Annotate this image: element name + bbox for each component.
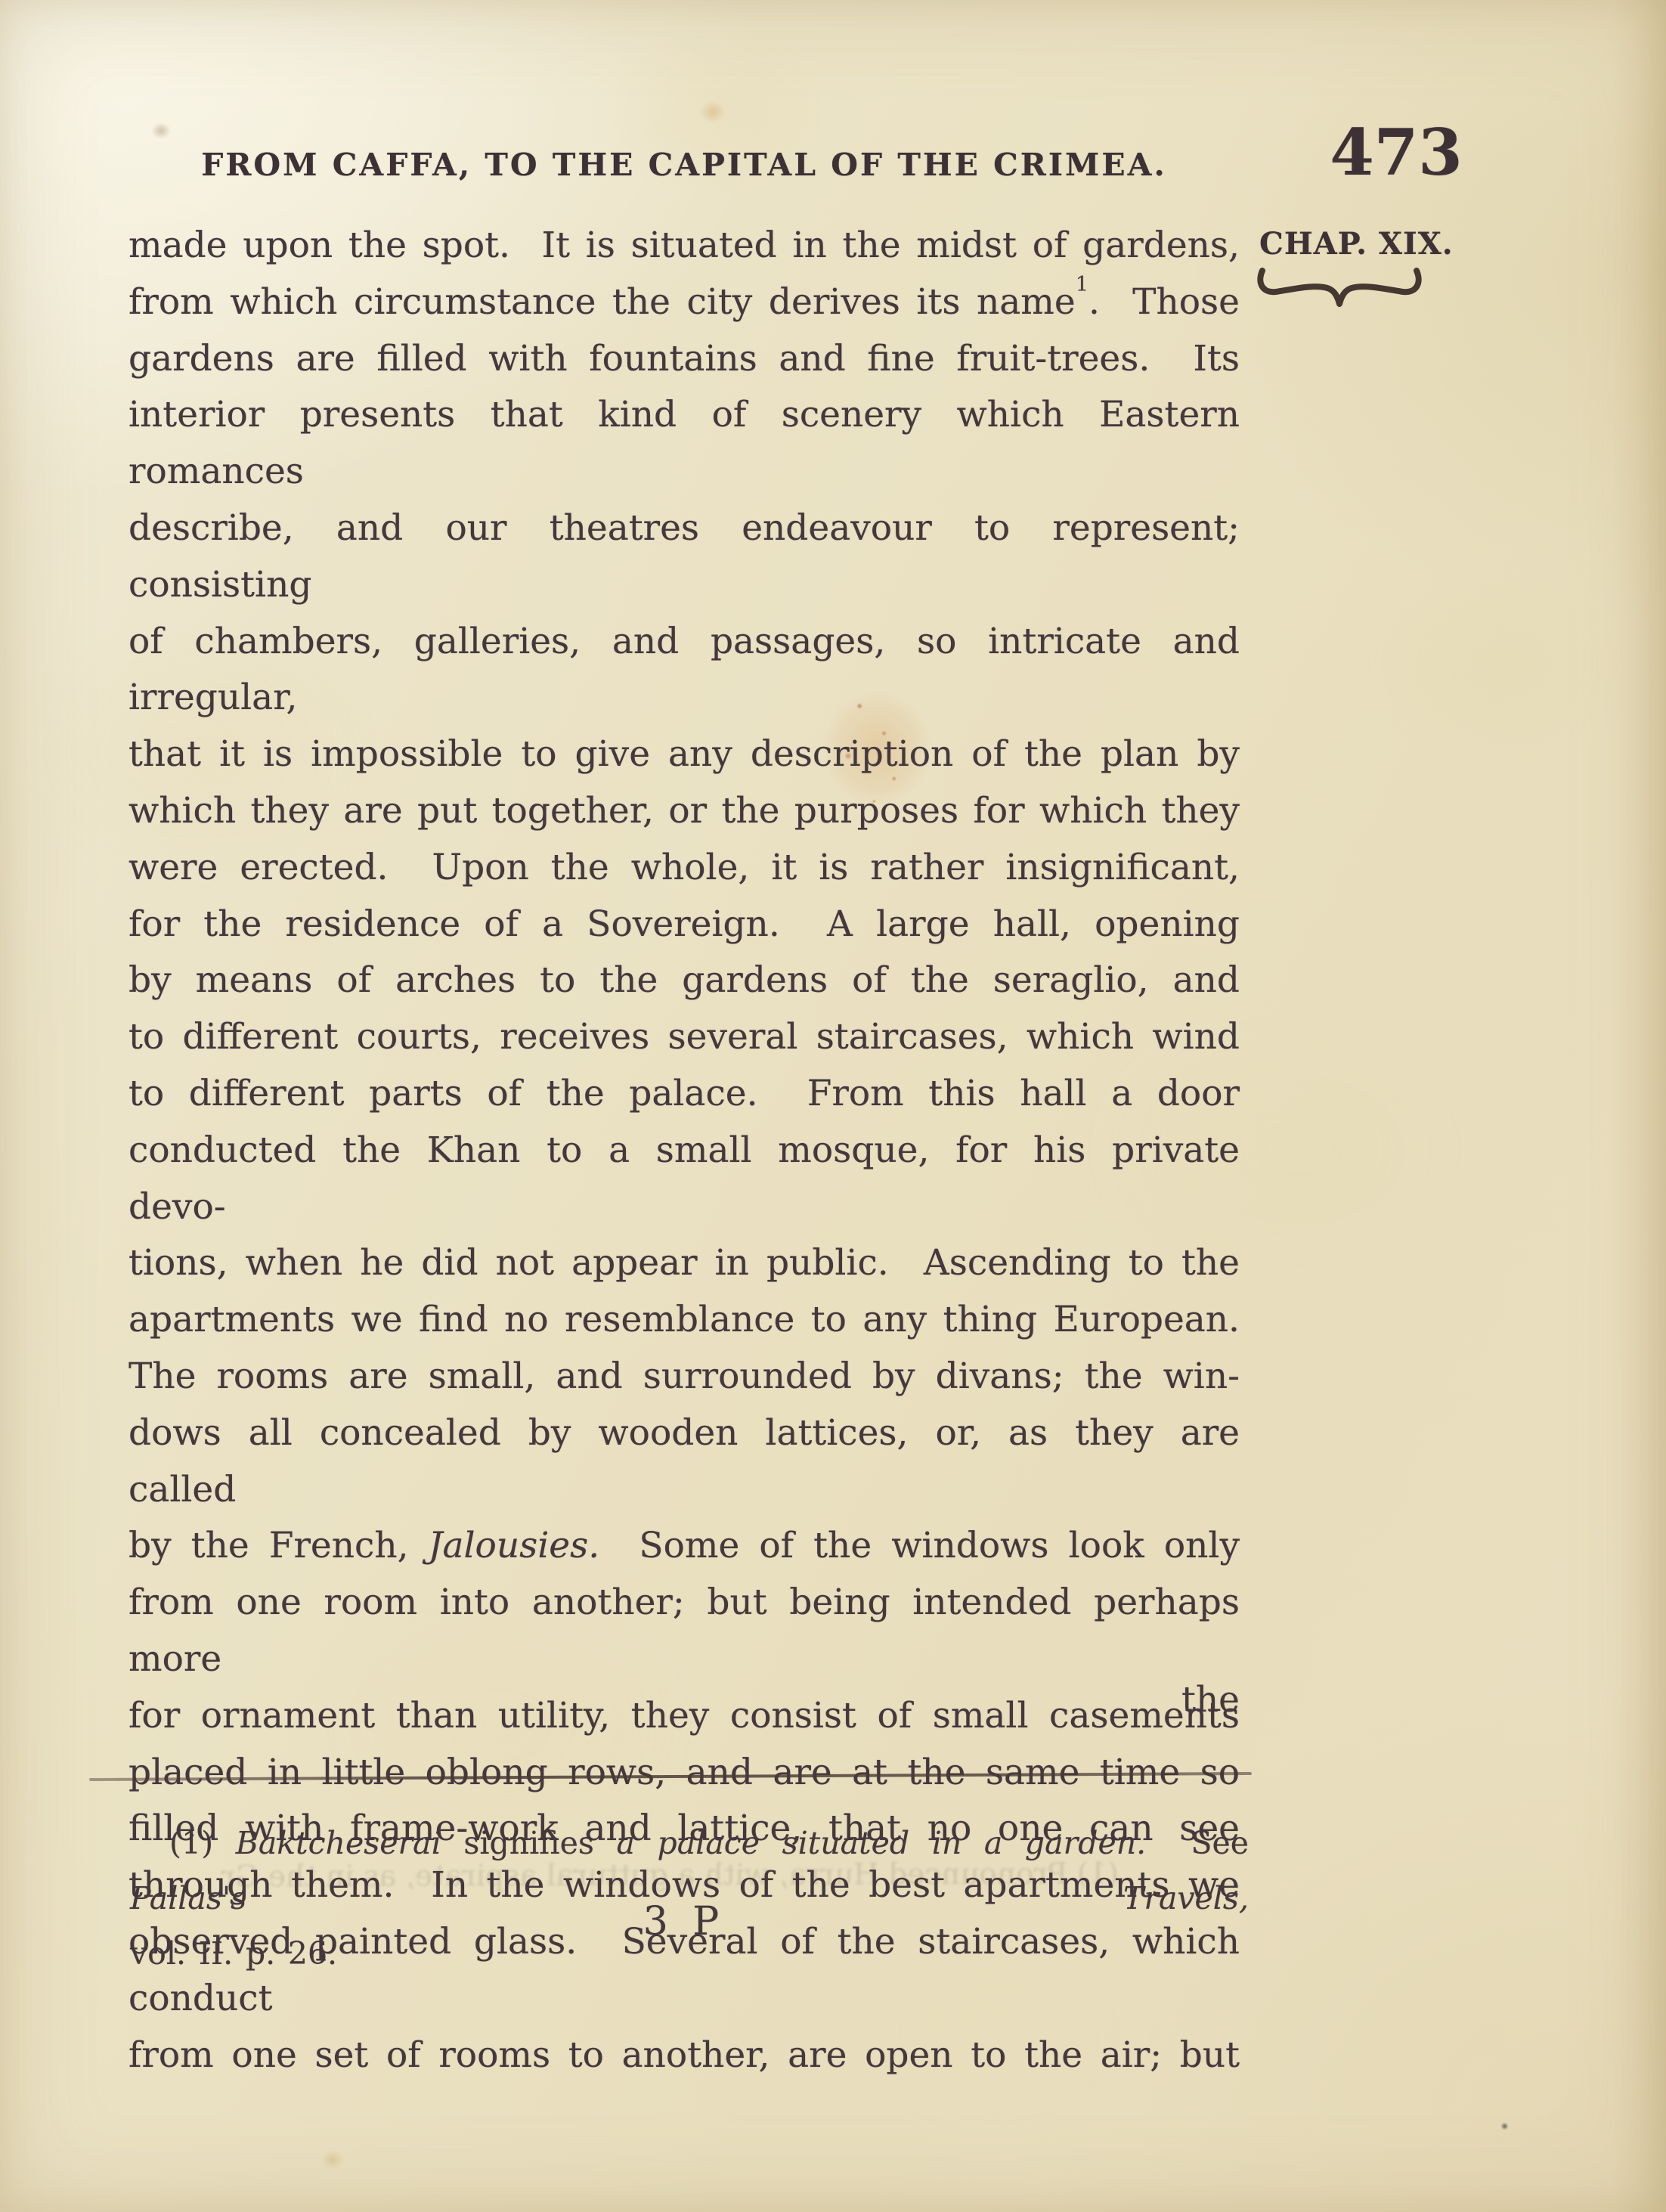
body-line: to different parts of the palace. From t… [129, 1066, 1240, 1123]
body-line: that it is impossible to give any descri… [129, 726, 1240, 783]
body-line: to different courts, receives several st… [129, 1009, 1240, 1066]
catchword: the [129, 1672, 1240, 1729]
body-line: gardens are filled with fountains and fi… [129, 331, 1240, 388]
body-line: from one set of rooms to another, are op… [129, 2028, 1240, 2084]
body-text: made upon the spot. It is situated in th… [129, 218, 1240, 2083]
body-line: from one room into another; but being in… [129, 1575, 1240, 1688]
body-line: which they are put together, or the purp… [129, 783, 1240, 840]
page-number: 473 [1324, 121, 1468, 184]
body-line: by means of arches to the gardens of the… [129, 953, 1240, 1009]
body-line: by the French, Jalousies. Some of the wi… [129, 1518, 1240, 1575]
body-line: for the residence of a Sovereign. A larg… [129, 897, 1240, 953]
body-line: conducted the Khan to a small mosque, fo… [129, 1123, 1240, 1236]
chapter-flourish-icon [1256, 263, 1423, 310]
book-page-scan: (1) Pronounced Hurra, with a guttural as… [0, 0, 1666, 2212]
signature-mark: 3 P [129, 1899, 1240, 1944]
body-line: interior presents that kind of scenery w… [129, 387, 1240, 500]
body-line: The rooms are small, and surrounded by d… [129, 1349, 1240, 1405]
body-line: were erected. Upon the whole, it is rath… [129, 840, 1240, 897]
body-line: apartments we find no resemblance to any… [129, 1292, 1240, 1349]
body-line: describe, and our theatres endeavour to … [129, 500, 1240, 614]
body-line: made upon the spot. It is situated in th… [129, 218, 1240, 274]
running-header: FROM CAFFA, TO THE CAPITAL OF THE CRIMEA… [129, 147, 1240, 183]
body-line: tions, when he did not appear in public.… [129, 1235, 1240, 1292]
body-line: of chambers, galleries, and passages, so… [129, 614, 1240, 727]
chapter-sidenote: CHAP. XIX. [1259, 226, 1433, 262]
body-line: dows all concealed by wooden lattices, o… [129, 1405, 1240, 1519]
body-line: from which circumstance the city derives… [129, 274, 1240, 331]
page-content: FROM CAFFA, TO THE CAPITAL OF THE CRIMEA… [0, 0, 1666, 2212]
